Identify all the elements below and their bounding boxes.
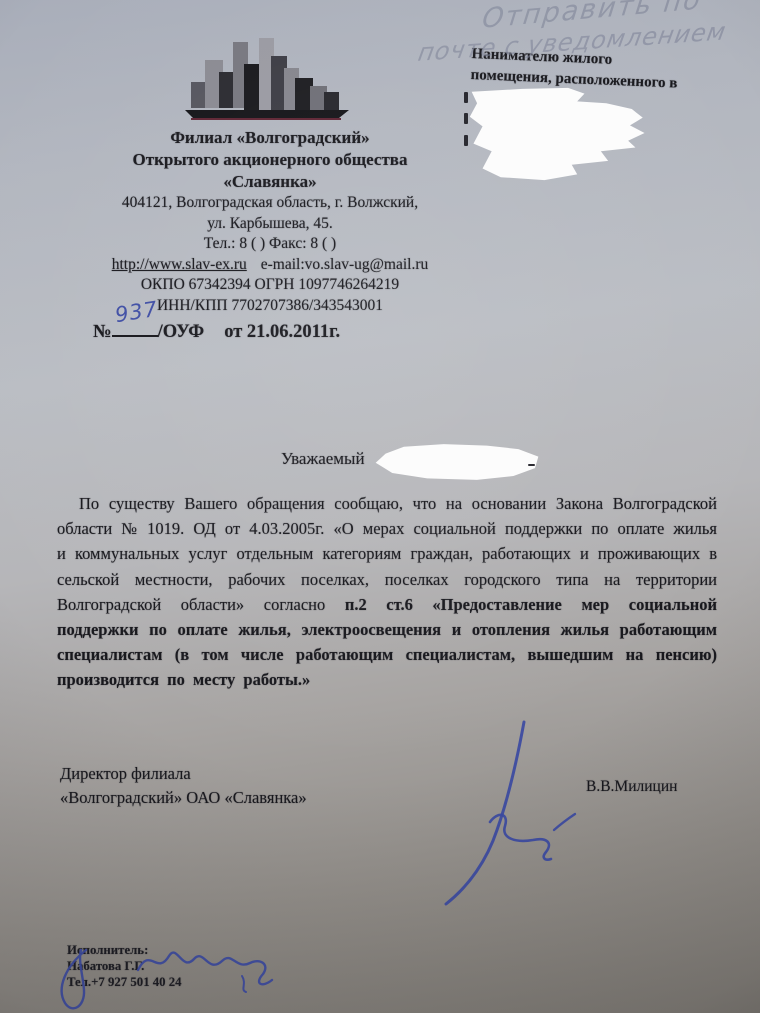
org-phone-fax: Тел.: 8 ( ) Факс: 8 ( ) (58, 234, 482, 255)
redaction-recipient-address (468, 86, 650, 182)
signoff-name: В.В.Милицин (586, 778, 677, 796)
number-suffix: /ОУФ (158, 322, 205, 342)
body-paragraph: По существу Вашего обращения сообщаю, чт… (57, 491, 717, 693)
director-signature-ink (420, 718, 580, 908)
redaction-fragment (464, 135, 468, 146)
reference-line: №937/ОУФот 21.06.2011г. (93, 315, 340, 343)
number-blank-underline: 937 (112, 315, 158, 337)
signoff-title-line1: Директор филиала (60, 762, 307, 786)
redaction-fragment (464, 92, 468, 103)
salutation-prefix: Уважаемый (281, 449, 365, 468)
city-skyline-icon (181, 34, 359, 122)
handwritten-number: 937 (113, 297, 159, 327)
org-contact-line: http://www.slav-ex.rue-mail:vo.slav-ug@m… (58, 255, 482, 276)
letterhead: Филиал «Волгоградский» Открытого акционе… (58, 34, 482, 316)
org-name-line1: Филиал «Волгоградский» (58, 127, 482, 149)
signoff-title-line2: «Волгоградский» ОАО «Славянка» (60, 786, 307, 810)
letter-photo: Отправить по почте с уведомлением Нанима… (0, 0, 760, 1013)
signoff-title: Директор филиала «Волгоградский» ОАО «Сл… (60, 762, 307, 810)
org-name-line3: «Славянка» (58, 171, 482, 193)
executor-signature-ink (130, 934, 290, 994)
redaction-fragment (528, 464, 535, 466)
org-address-line1: 404121, Волгоградская область, г. Волжск… (58, 193, 482, 214)
stray-ink-loop (50, 948, 120, 1013)
org-website: http://www.slav-ex.ru (112, 256, 247, 273)
number-sign: № (93, 322, 112, 342)
org-okpo-ogrn: ОКПО 67342394 ОГРН 1097746264219 (58, 275, 482, 296)
org-address-line2: ул. Карбышева, 45. (58, 214, 482, 235)
reference-date: от 21.06.2011г. (224, 322, 340, 342)
redaction-fragment (464, 113, 468, 124)
org-name-line2: Открытого акционерного общества (58, 149, 482, 171)
org-email: e-mail:vo.slav-ug@mail.ru (261, 256, 429, 273)
